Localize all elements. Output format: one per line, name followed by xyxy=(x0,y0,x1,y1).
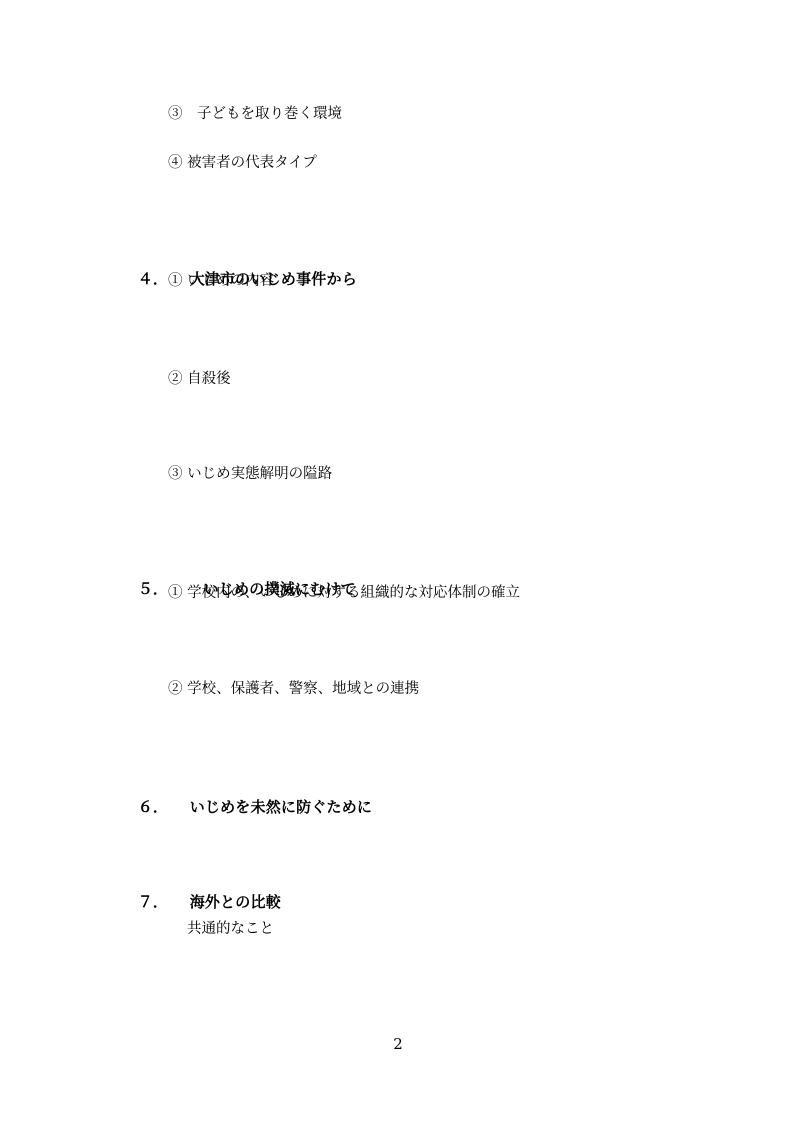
section-7-title: 海外との比較 xyxy=(190,893,281,911)
section-4-item-2: ② 自殺後 xyxy=(168,372,231,388)
section-4-item-1: ① いじめの内容 xyxy=(168,274,274,290)
section-6-number: ６． xyxy=(138,799,190,816)
document-page: ③ 子どもを取り巻く環境 ④ 被害者の代表タイプ ４．大津市のいじめ事件から ①… xyxy=(0,0,796,1126)
page-number: 2 xyxy=(0,1036,796,1053)
section-4-item-3: ③ いじめ実態解明の隘路 xyxy=(168,467,332,483)
outline-item-4: ④ 被害者の代表タイプ xyxy=(168,156,317,172)
section-6-title: いじめを未然に防ぐために xyxy=(190,798,372,816)
section-7-number: ７． xyxy=(138,894,190,911)
section-5-item-1: ① 学校内の、いじめに対する組織的な対応体制の確立 xyxy=(168,586,520,602)
outline-item-3: ③ 子どもを取り巻く環境 xyxy=(168,107,342,123)
section-7-heading: ７．海外との比較 xyxy=(116,877,281,927)
section-5-item-2: ② 学校、保護者、警察、地域との連携 xyxy=(168,682,419,698)
section-6-heading: ６．いじめを未然に防ぐために xyxy=(116,782,372,832)
section-7-item-1: 共通的なこと xyxy=(187,922,274,938)
